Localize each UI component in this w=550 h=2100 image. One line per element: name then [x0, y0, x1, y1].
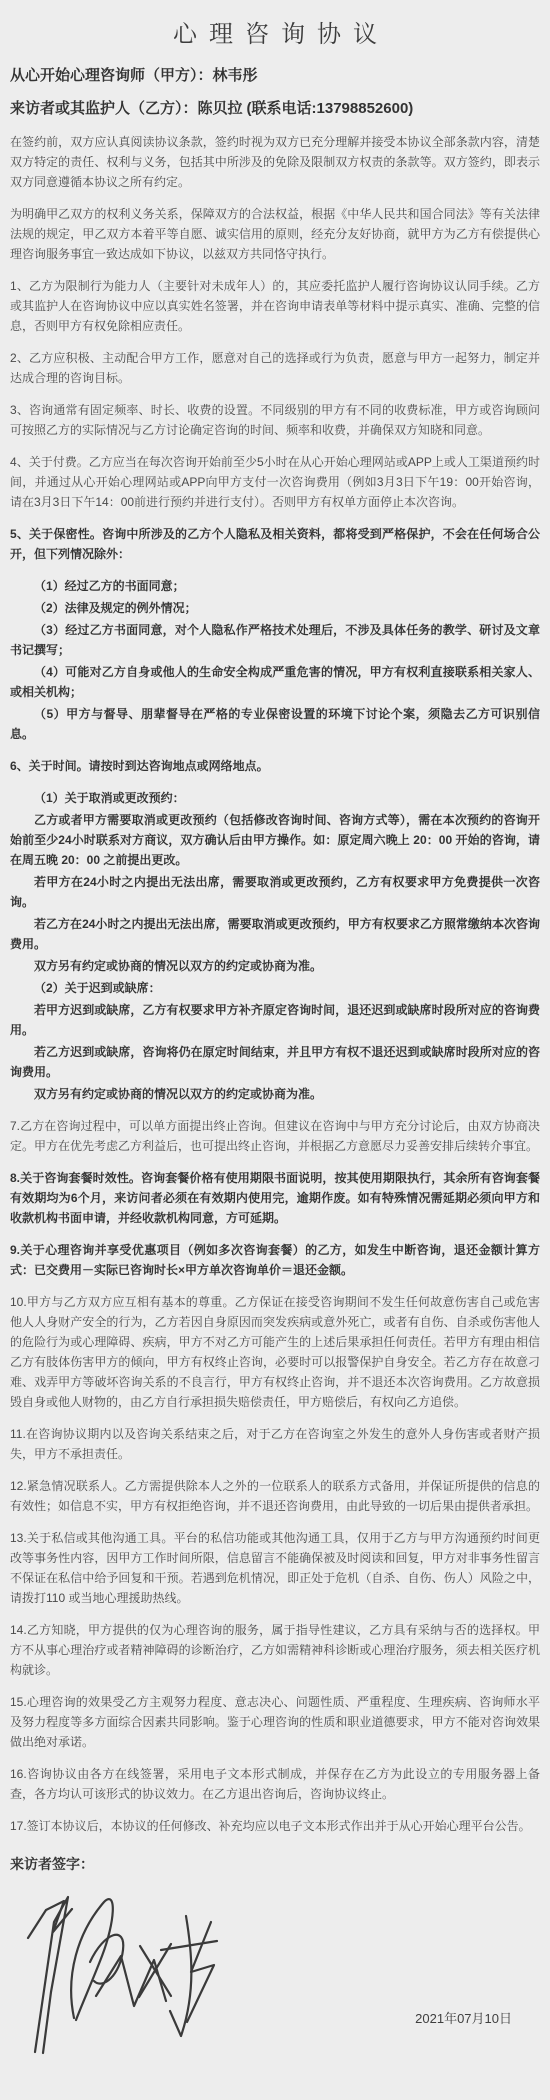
- clause-subitem: 若甲方迟到或缺席，乙方有权要求甲方补齐原定咨询时间，退还迟到或缺席时段所对应的咨…: [10, 1000, 540, 1040]
- clause-paragraph: 1、乙方为限制行为能力人（主要针对未成年人）的，其应委托监护人履行咨询协议认同手…: [10, 276, 540, 336]
- clause-paragraph: 在签约前，双方应认真阅读协议条款，签约时视为双方已充分理解并接受本协议全部条款内…: [10, 132, 540, 192]
- agreement-date: 2021年07月10日: [415, 2008, 512, 2027]
- clause-paragraph: 16.咨询协议由各方在线签署，采用电子文本形式制成，并保存在乙方为此设立的专用服…: [10, 1764, 540, 1804]
- clause-subitem: （1）经过乙方的书面同意；: [10, 576, 540, 596]
- clause-subitem: 双方另有约定或协商的情况以双方的约定或协商为准。: [10, 956, 540, 976]
- clause-paragraph: 17.签订本协议后，本协议的任何修改、补充均应以电子文本形式作出并于从心开始心理…: [10, 1816, 540, 1836]
- visitor-signature-label: 来访者签字：: [10, 1854, 540, 1874]
- clause-paragraph: 3、咨询通常有固定频率、时长、收费的设置。不同级别的甲方有不同的收费标准，甲方或…: [10, 400, 540, 440]
- clause-paragraph: 9.关于心理咨询并享受优惠项目（例如多次咨询套餐）的乙方，如发生中断咨询，退还金…: [10, 1240, 540, 1280]
- clause-paragraph: 13.关于私信或其他沟通工具。平台的私信功能或其他沟通工具，仅用于乙方与甲方沟通…: [10, 1528, 540, 1608]
- agreement-clauses: 在签约前，双方应认真阅读协议条款，签约时视为双方已充分理解并接受本协议全部条款内…: [10, 132, 540, 1836]
- clause-paragraph: 为明确甲乙双方的权利义务关系，保障双方的合法权益，根据《中华人民共和国合同法》等…: [10, 204, 540, 264]
- clause-paragraph: 7.乙方在咨询过程中，可以单方面提出终止咨询。但建议在咨询中与甲方充分讨论后，由…: [10, 1116, 540, 1156]
- clause-subitem: 乙方或者甲方需要取消或更改预约（包括修改咨询时间、咨询方式等），需在本次预约的咨…: [10, 810, 540, 870]
- clause-subitem: （4）可能对乙方自身或他人的生命安全构成严重危害的情况，甲方有权利直接联系相关家…: [10, 662, 540, 702]
- agreement-title: 心理咨询协议: [10, 14, 540, 49]
- clause-subitem: （3）经过乙方书面同意，对个人隐私作严格技术处理后，不涉及具体任务的教学、研讨及…: [10, 620, 540, 660]
- clause-subitem: （2）法律及规定的例外情况；: [10, 598, 540, 618]
- clause-subitem: （1）关于取消或更改预约：: [10, 788, 540, 808]
- visitor-signature-area: [20, 1880, 540, 2070]
- party-b-line: 来访者或其监护人（乙方）：陈贝拉(联系电话:13798852600): [10, 98, 540, 120]
- party-a-name: 林韦彤: [213, 67, 258, 84]
- clause-paragraph: 10.甲方与乙方双方应互相有基本的尊重。乙方保证在接受咨询期间不发生任何故意伤害…: [10, 1292, 540, 1412]
- party-b-name: 陈贝拉: [198, 100, 243, 117]
- clause-paragraph: 2、乙方应积极、主动配合甲方工作，愿意对自己的选择或行为负责，愿意与甲方一起努力…: [10, 348, 540, 388]
- clause-subitem: 双方另有约定或协商的情况以双方的约定或协商为准。: [10, 1084, 540, 1104]
- clause-subitem: （5）甲方与督导、朋辈督导在严格的专业保密设置的环境下讨论个案，须隐去乙方可识别…: [10, 704, 540, 744]
- party-a-label: 从心开始心理咨询师（甲方）：: [10, 67, 213, 84]
- party-b-phone: (联系电话:13798852600): [247, 100, 414, 117]
- clause-subitem: 若乙方在24小时之内提出无法出席，需要取消或更改预约，甲方有权要求乙方照常缴纳本…: [10, 914, 540, 954]
- clause-paragraph: 11.在咨询协议期内以及咨询关系结束之后，对于乙方在咨询室之外发生的意外人身伤害…: [10, 1424, 540, 1464]
- clause-paragraph: 15.心理咨询的效果受乙方主观努力程度、意志决心、问题性质、严重程度、生理疾病、…: [10, 1692, 540, 1752]
- agreement-page: 心理咨询协议 从心开始心理咨询师（甲方）：林韦彤 来访者或其监护人（乙方）：陈贝…: [0, 0, 550, 2070]
- clause-paragraph: 12.紧急情况联系人。乙方需提供除本人之外的一位联系人的联系方式备用，并保证所提…: [10, 1476, 540, 1516]
- clause-paragraph: 6、关于时间。请按时到达咨询地点或网络地点。: [10, 756, 540, 776]
- clause-subitem: 若甲方在24小时之内提出无法出席，需要取消或更改预约，乙方有权要求甲方免费提供一…: [10, 872, 540, 912]
- party-a-line: 从心开始心理咨询师（甲方）：林韦彤: [10, 65, 540, 87]
- handwritten-signature: [20, 1880, 235, 2065]
- party-b-label: 来访者或其监护人（乙方）：: [10, 100, 198, 117]
- clause-paragraph: 14.乙方知晓，甲方提供的仅为心理咨询的服务，属于指导性建议，乙方具有采纳与否的…: [10, 1620, 540, 1680]
- clause-subitem: （2）关于迟到或缺席：: [10, 978, 540, 998]
- clause-paragraph: 8.关于咨询套餐时效性。咨询套餐价格有使用期限书面说明，按其使用期限执行，其余所…: [10, 1168, 540, 1228]
- clause-paragraph: 5、关于保密性。咨询中所涉及的乙方个人隐私及相关资料，都将受到严格保护，不会在任…: [10, 524, 540, 564]
- clause-subitem: 若乙方迟到或缺席，咨询将仍在原定时间结束，并且甲方有权不退还迟到或缺席时段所对应…: [10, 1042, 540, 1082]
- clause-paragraph: 4、关于付费。乙方应当在每次咨询开始前至少5小时在从心开始心理网站或APP上或人…: [10, 452, 540, 512]
